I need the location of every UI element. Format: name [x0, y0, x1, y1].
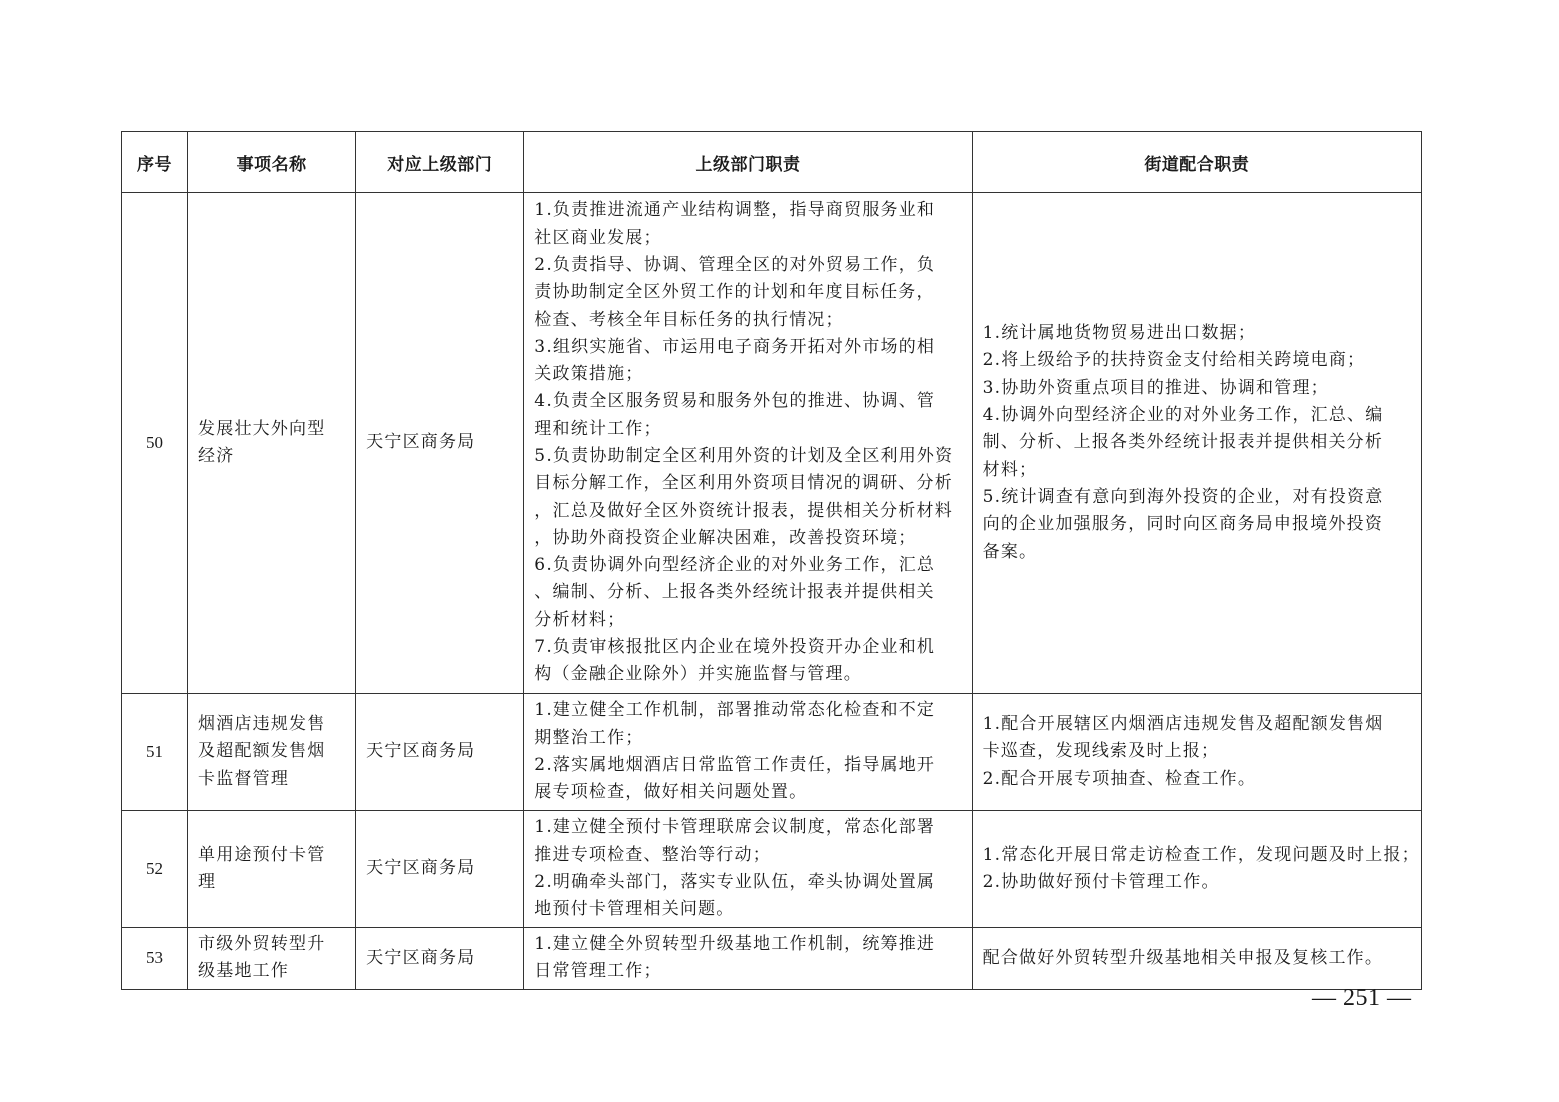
header-superior-dept: 对应上级部门 — [356, 132, 524, 193]
duty-line: 推进专项检查、整治等行动； — [534, 842, 963, 869]
duty-line: 卡巡查，发现线索及时上报； — [983, 738, 1413, 765]
duty-line: 关政策措施； — [534, 361, 963, 388]
duty-line: 地预付卡管理相关问题。 — [534, 896, 963, 923]
header-street-duties: 街道配合职责 — [972, 132, 1421, 193]
duty-line: 2.协助做好预付卡管理工作。 — [983, 869, 1413, 896]
cell-superior-duties: 1.建立健全外贸转型升级基地工作机制，统筹推进 日常管理工作； — [524, 928, 972, 990]
duty-line: 3.协助外资重点项目的推进、协调和管理； — [983, 375, 1413, 402]
duty-line: 、编制、分析、上报各类外经统计报表并提供相关 — [534, 579, 963, 606]
item-name-line: 卡监督管理 — [198, 766, 347, 793]
cell-street-duties: 1.统计属地货物贸易进出口数据； 2.将上级给予的扶持资金支付给相关跨境电商； … — [972, 193, 1421, 694]
duty-line: 7.负责审核报批区内企业在境外投资开办企业和机 — [534, 634, 963, 661]
duty-line: 2.明确牵头部门，落实专业队伍，牵头协调处置属 — [534, 869, 963, 896]
item-name-line: 烟酒店违规发售 — [198, 711, 347, 738]
item-name-line: 市级外贸转型升 — [198, 931, 347, 958]
duty-line: 责协助制定全区外贸工作的计划和年度目标任务， — [534, 279, 963, 306]
duty-line: 目标分解工作，全区利用外资项目情况的调研、分析 — [534, 470, 963, 497]
duty-line: 日常管理工作； — [534, 958, 963, 985]
cell-street-duties: 1.常态化开展日常走访检查工作，发现问题及时上报； 2.协助做好预付卡管理工作。 — [972, 811, 1421, 928]
cell-serial-no: 52 — [122, 811, 188, 928]
cell-serial-no: 51 — [122, 694, 188, 811]
duty-line: 3.组织实施省、市运用电子商务开拓对外市场的相 — [534, 334, 963, 361]
duty-line: 6.负责协调外向型经济企业的对外业务工作，汇总 — [534, 552, 963, 579]
duty-line: 配合做好外贸转型升级基地相关申报及复核工作。 — [983, 945, 1413, 972]
duty-line: ，协助外商投资企业解决困难，改善投资环境； — [534, 525, 963, 552]
cell-serial-no: 53 — [122, 928, 188, 990]
duty-line: 1.负责推进流通产业结构调整，指导商贸服务业和 — [534, 197, 963, 224]
duty-line: 构（金融企业除外）并实施监督与管理。 — [534, 661, 963, 688]
duty-line: 检查、考核全年目标任务的执行情况； — [534, 307, 963, 334]
cell-superior-duties: 1.建立健全预付卡管理联席会议制度，常态化部署 推进专项检查、整治等行动； 2.… — [524, 811, 972, 928]
duty-line: 2.将上级给予的扶持资金支付给相关跨境电商； — [983, 347, 1413, 374]
item-name-line: 经济 — [198, 443, 347, 470]
duty-line: 社区商业发展； — [534, 225, 963, 252]
cell-street-duties: 配合做好外贸转型升级基地相关申报及复核工作。 — [972, 928, 1421, 990]
responsibility-table: 序号 事项名称 对应上级部门 上级部门职责 街道配合职责 50 发展壮大外向型 … — [121, 131, 1422, 990]
duty-line: 5.负责协助制定全区利用外资的计划及全区利用外资 — [534, 443, 963, 470]
cell-superior-duties: 1.建立健全工作机制，部署推动常态化检查和不定 期整治工作； 2.落实属地烟酒店… — [524, 694, 972, 811]
duty-line: 备案。 — [983, 539, 1413, 566]
duty-line: 2.配合开展专项抽查、检查工作。 — [983, 766, 1413, 793]
cell-item-name: 市级外贸转型升 级基地工作 — [188, 928, 356, 990]
table-row: 50 发展壮大外向型 经济 天宁区商务局 1.负责推进流通产业结构调整，指导商贸… — [122, 193, 1422, 694]
duty-line: 理和统计工作； — [534, 416, 963, 443]
duty-line: 1.建立健全工作机制，部署推动常态化检查和不定 — [534, 697, 963, 724]
duty-line: 向的企业加强服务，同时向区商务局申报境外投资 — [983, 511, 1413, 538]
item-name-line: 单用途预付卡管 — [198, 842, 347, 869]
duty-line: 2.负责指导、协调、管理全区的对外贸易工作，负 — [534, 252, 963, 279]
duty-line: ，汇总及做好全区外资统计报表，提供相关分析材料 — [534, 498, 963, 525]
duty-line: 1.统计属地货物贸易进出口数据； — [983, 320, 1413, 347]
duty-line: 4.负责全区服务贸易和服务外包的推进、协调、管 — [534, 388, 963, 415]
table-row: 51 烟酒店违规发售 及超配额发售烟 卡监督管理 天宁区商务局 1.建立健全工作… — [122, 694, 1422, 811]
cell-street-duties: 1.配合开展辖区内烟酒店违规发售及超配额发售烟 卡巡查，发现线索及时上报； 2.… — [972, 694, 1421, 811]
page-number: — 251 — — [1312, 985, 1412, 1012]
duty-line: 展专项检查，做好相关问题处置。 — [534, 779, 963, 806]
cell-item-name: 单用途预付卡管 理 — [188, 811, 356, 928]
item-name-line: 级基地工作 — [198, 958, 347, 985]
duty-line: 1.建立健全预付卡管理联席会议制度，常态化部署 — [534, 814, 963, 841]
table-header-row: 序号 事项名称 对应上级部门 上级部门职责 街道配合职责 — [122, 132, 1422, 193]
duty-line: 2.落实属地烟酒店日常监管工作责任，指导属地开 — [534, 752, 963, 779]
cell-item-name: 发展壮大外向型 经济 — [188, 193, 356, 694]
cell-superior-dept: 天宁区商务局 — [356, 811, 524, 928]
cell-superior-dept: 天宁区商务局 — [356, 928, 524, 990]
duty-line: 分析材料； — [534, 607, 963, 634]
cell-serial-no: 50 — [122, 193, 188, 694]
duty-line: 1.配合开展辖区内烟酒店违规发售及超配额发售烟 — [983, 711, 1413, 738]
duty-line: 制、分析、上报各类外经统计报表并提供相关分析 — [983, 429, 1413, 456]
duty-line: 材料； — [983, 457, 1413, 484]
header-item-name: 事项名称 — [188, 132, 356, 193]
cell-superior-dept: 天宁区商务局 — [356, 193, 524, 694]
header-superior-duties: 上级部门职责 — [524, 132, 972, 193]
cell-item-name: 烟酒店违规发售 及超配额发售烟 卡监督管理 — [188, 694, 356, 811]
duty-line: 4.协调外向型经济企业的对外业务工作，汇总、编 — [983, 402, 1413, 429]
duty-line: 1.建立健全外贸转型升级基地工作机制，统筹推进 — [534, 931, 963, 958]
header-serial-no: 序号 — [122, 132, 188, 193]
cell-superior-dept: 天宁区商务局 — [356, 694, 524, 811]
item-name-line: 及超配额发售烟 — [198, 738, 347, 765]
item-name-line: 理 — [198, 869, 347, 896]
duty-line: 1.常态化开展日常走访检查工作，发现问题及时上报； — [983, 842, 1413, 869]
duty-line: 期整治工作； — [534, 725, 963, 752]
cell-superior-duties: 1.负责推进流通产业结构调整，指导商贸服务业和 社区商业发展； 2.负责指导、协… — [524, 193, 972, 694]
table-row: 53 市级外贸转型升 级基地工作 天宁区商务局 1.建立健全外贸转型升级基地工作… — [122, 928, 1422, 990]
duty-line: 5.统计调查有意向到海外投资的企业，对有投资意 — [983, 484, 1413, 511]
table-row: 52 单用途预付卡管 理 天宁区商务局 1.建立健全预付卡管理联席会议制度，常态… — [122, 811, 1422, 928]
item-name-line: 发展壮大外向型 — [198, 416, 347, 443]
